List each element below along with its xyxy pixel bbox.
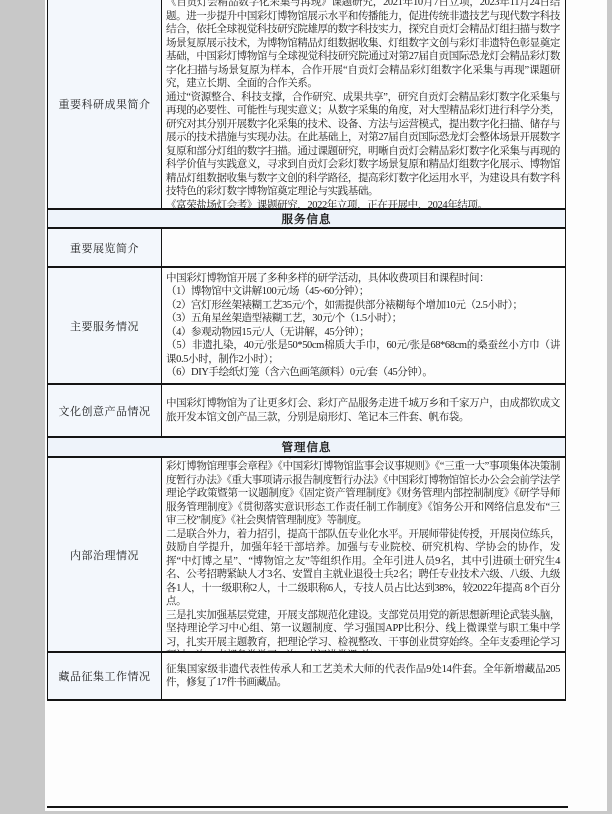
paragraph: 一是坚持执行现行规章制度，规范博物馆运行。坚持执行《中国彩灯博物馆章程》《中国彩… [166, 458, 560, 528]
row-label-collection-acquisition: 藏品征集工作情况 [48, 653, 162, 699]
paragraph: 通过“资源整合、科技支撑，合作研究、成果共享”，研究自贡灯会精品彩灯数字化采集与… [166, 91, 560, 199]
paragraph: 征集国家级非遗代表性传承人和工艺美术大师的代表作品9处14件套。全年新增藏品20… [166, 663, 560, 690]
next-table-top-border [47, 806, 568, 808]
section-header-management: 管理信息 [48, 438, 565, 458]
table-row: 文化创意产品情况 中国彩灯博物馆为了让更多灯会、彩灯产品服务走进千城万乡和千家万… [48, 385, 565, 438]
paragraph: 中国彩灯博物馆开展了多种多样的研学活动，具体收费项目和课程时间： [166, 272, 560, 286]
paragraph: 三是扎实加强基层党建，开展支部规范化建设。支部党员用党的新思想新理论武装头脑，坚… [166, 609, 560, 652]
paragraph: 中国彩灯博物馆为了让更多灯会、彩灯产品服务走进千城万乡和千家万户，由成都钦成文旅… [166, 397, 560, 424]
table-row: 主要服务情况 中国彩灯博物馆开展了多种多样的研学活动，具体收费项目和课程时间： … [48, 268, 565, 385]
row-label-research-achievements: 重要科研成果简介 [48, 0, 162, 208]
row-content-main-services: 中国彩灯博物馆开展了多种多样的研学活动，具体收费项目和课程时间： （1）博物馆中… [162, 268, 565, 383]
section-header-services: 服务信息 [48, 210, 565, 229]
info-table: 重要科研成果简介 《自贡灯会精品数字化采集与再现》课题研究，2021年10月7日… [47, 0, 566, 701]
table-row: 重要科研成果简介 《自贡灯会精品数字化采集与再现》课题研究，2021年10月7日… [48, 0, 565, 210]
paragraph: （4）参观动物园15元/人（无讲解，45分钟）； [166, 326, 560, 340]
row-label-exhibitions: 重要展览简介 [48, 229, 162, 266]
row-content-collection-acquisition: 征集国家级非遗代表性传承人和工艺美术大师的代表作品9处14件套。全年新增藏品20… [162, 653, 565, 699]
row-label-internal-governance: 内部治理情况 [48, 458, 162, 651]
row-content-exhibitions-empty [162, 229, 565, 266]
paragraph: （5）非遗扎染，40元/张是50*50cm棉质大手巾，60元/张是68*68cm… [166, 339, 560, 366]
table-row: 藏品征集工作情况 征集国家级非遗代表性传承人和工艺美术大师的代表作品9处14件套… [48, 653, 565, 701]
paragraph: （2）宫灯形丝架裱糊工艺35元/个，如需提供部分裱糊每个增加10元（2.5小时）… [166, 299, 560, 313]
paragraph: （3）五角星丝架造型裱糊工艺，30元/个（1.5小时）； [166, 312, 560, 326]
table-row: 内部治理情况 一是坚持执行现行规章制度，规范博物馆运行。坚持执行《中国彩灯博物馆… [48, 458, 565, 653]
row-content-research-achievements: 《自贡灯会精品数字化采集与再现》课题研究，2021年10月7日立项，2023年1… [162, 0, 565, 208]
document-page: 重要科研成果简介 《自贡灯会精品数字化采集与再现》课题研究，2021年10月7日… [45, 0, 607, 811]
paragraph: 二是联合外力，着力招引，提高干部队伍专业化水平。开展师带徒传授，开展岗位练兵，鼓… [166, 528, 560, 609]
row-content-cultural-creative-products: 中国彩灯博物馆为了让更多灯会、彩灯产品服务走进千城万乡和千家万户，由成都钦成文旅… [162, 385, 565, 436]
paragraph: 《自贡灯会精品数字化采集与再现》课题研究，2021年10月7日立项，2023年1… [166, 0, 560, 91]
paragraph: 《富荣盐场灯会考》课题研究，2022年立项，正在开展中，2024年结项。 [166, 199, 560, 209]
paragraph: （6）DIY手绘纸灯笼（含六色画笔颜料）0元/套（45分钟）。 [166, 366, 560, 380]
paragraph: （1）博物馆中文讲解100元/场（45~60分钟）； [166, 285, 560, 299]
table-row: 重要展览简介 [48, 229, 565, 268]
row-content-internal-governance: 一是坚持执行现行规章制度，规范博物馆运行。坚持执行《中国彩灯博物馆章程》《中国彩… [162, 458, 565, 651]
row-label-cultural-creative-products: 文化创意产品情况 [48, 385, 162, 436]
row-label-main-services: 主要服务情况 [48, 268, 162, 383]
